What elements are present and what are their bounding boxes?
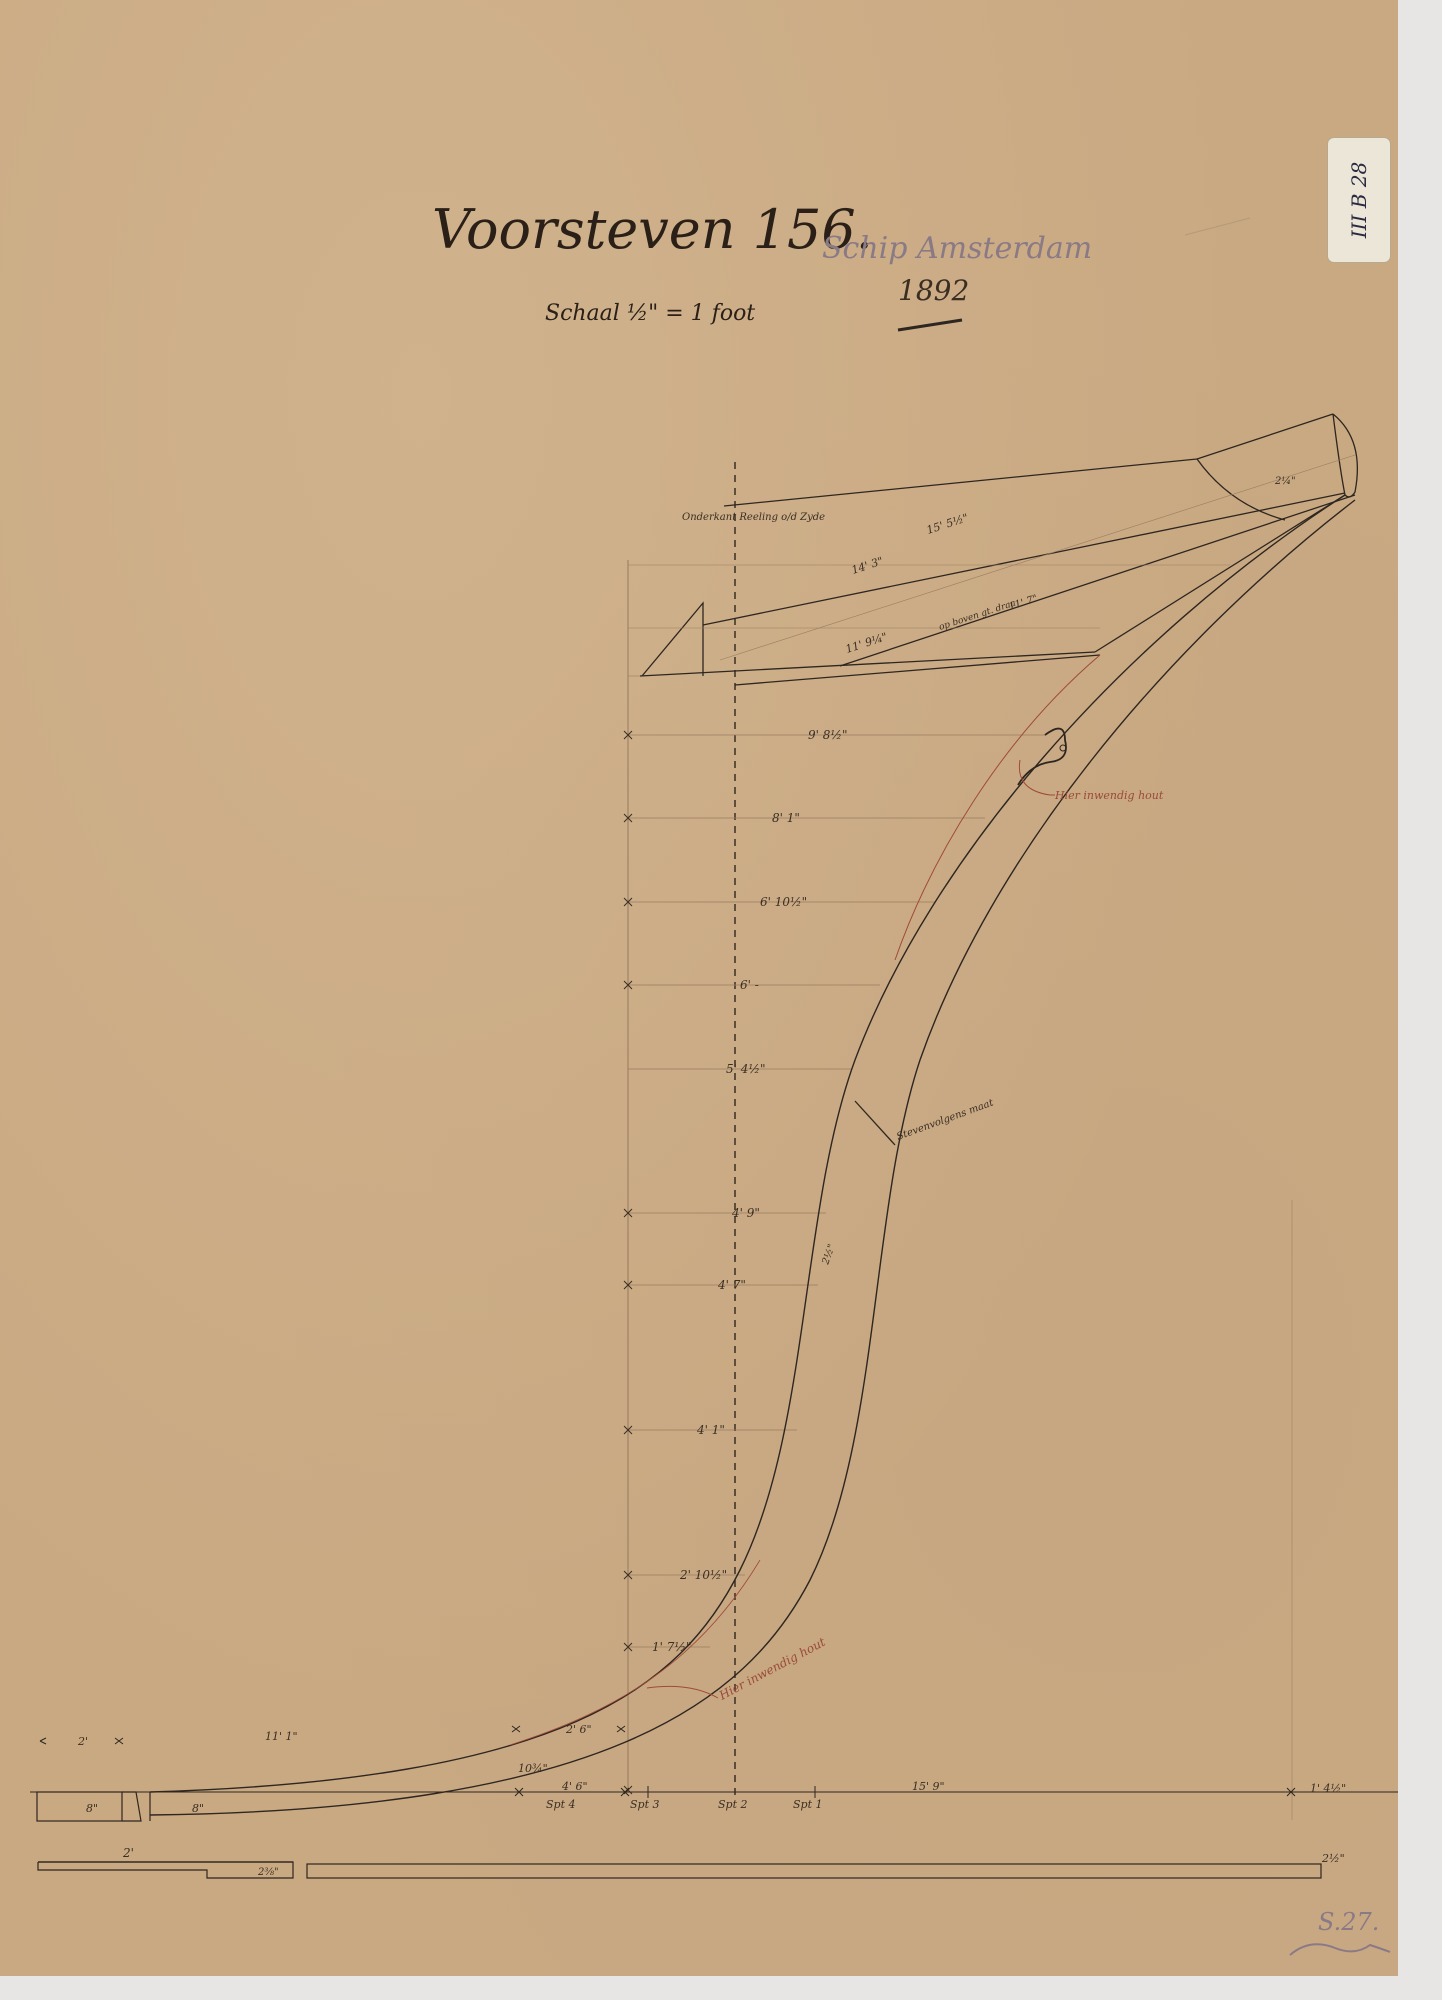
- svg-text:2' 10½": 2' 10½": [679, 1568, 727, 1582]
- sheet-number: S.27.: [1318, 1908, 1379, 1936]
- plank-right: 2½": [1321, 1852, 1345, 1865]
- catalog-tag-text: III B 28: [1347, 162, 1371, 239]
- red-inner-line-lower: [510, 1560, 760, 1745]
- dim-right: 1' 4½": [1310, 1782, 1346, 1795]
- svg-text:4' 9": 4' 9": [731, 1206, 760, 1220]
- keel-depth-2: 8": [192, 1802, 204, 1815]
- red-inner-line: [895, 655, 1100, 960]
- top-left-marks: [40, 1726, 625, 1744]
- scarf-hook: [1018, 729, 1066, 785]
- svg-text:6' 10½": 6' 10½": [760, 895, 807, 909]
- year-label: 1892: [898, 274, 969, 307]
- dim-keel-scarf: 2': [77, 1735, 88, 1748]
- stem-head: [640, 414, 1357, 685]
- svg-text:Spt 3: Spt 3: [630, 1798, 660, 1811]
- dim-upper-2: 14' 3": [850, 554, 885, 576]
- station-labels: Spt 4 Spt 3 Spt 2 Spt 1: [546, 1798, 823, 1811]
- dim-upper-3: 11' 7": [1008, 593, 1040, 613]
- dim-upper-1: 15' 5½": [925, 511, 970, 537]
- plank-strip: [38, 1862, 1321, 1878]
- pencil-mark: [1185, 218, 1250, 235]
- ship-note: Schip Amsterdam: [822, 231, 1092, 266]
- svg-text:6' -: 6' -: [740, 978, 759, 992]
- catalog-tag: III B 28: [1328, 138, 1390, 262]
- svg-text:Spt 2: Spt 2: [718, 1798, 748, 1811]
- svg-text:Spt 4: Spt 4: [546, 1798, 576, 1811]
- red-leader-lower: [647, 1686, 718, 1698]
- dim-10: 10¾": [518, 1762, 548, 1775]
- stem-note: Stevenvolgens maat: [895, 1097, 996, 1143]
- dim-2-6: 2' 6": [565, 1723, 592, 1736]
- svg-text:5' 4½": 5' 4½": [726, 1062, 766, 1076]
- svg-text:9' 8½": 9' 8½": [808, 728, 848, 742]
- svg-text:Spt 1: Spt 1: [793, 1798, 823, 1811]
- dim-head: 2¼": [1274, 476, 1296, 487]
- dim-left: 11' 1": [265, 1730, 298, 1743]
- stem-curve: [150, 495, 1355, 1815]
- svg-text:4' 7": 4' 7": [717, 1278, 746, 1292]
- dim-main: 15' 9": [912, 1780, 945, 1793]
- keel-depth-1: 8": [86, 1802, 98, 1815]
- svg-text:1' 7½": 1' 7½": [652, 1640, 692, 1654]
- onderkant-reeling-note: Onderkant Reeling o/d Zyde: [682, 512, 825, 523]
- svg-text:8' 1": 8' 1": [772, 811, 800, 825]
- plank-depth: 2⅜": [257, 1867, 279, 1878]
- red-note-upper: Hier inwendig hout: [1054, 789, 1164, 802]
- stem-note-leader: [855, 1101, 895, 1145]
- red-note-lower: Hier inwendig hout: [716, 1635, 828, 1703]
- drawing-title: Voorsteven 156.: [432, 198, 873, 261]
- dim-4-6: 4' 6": [561, 1780, 588, 1793]
- dim-stem-width: 2½": [820, 1243, 838, 1267]
- year-underline: [898, 320, 962, 330]
- plank-length: 2': [122, 1846, 134, 1860]
- scale-note: Schaal ½" = 1 foot: [545, 301, 755, 326]
- sheet-number-flourish: [1290, 1944, 1390, 1955]
- stem-drawing: Voorsteven 156. Schaal ½" = 1 foot Schip…: [0, 0, 1442, 2000]
- offset-labels: 9' 8½" 8' 1" 6' 10½" 6' - 5' 4½" 4' 9" 4…: [652, 728, 848, 1654]
- svg-text:4' 1": 4' 1": [696, 1423, 725, 1437]
